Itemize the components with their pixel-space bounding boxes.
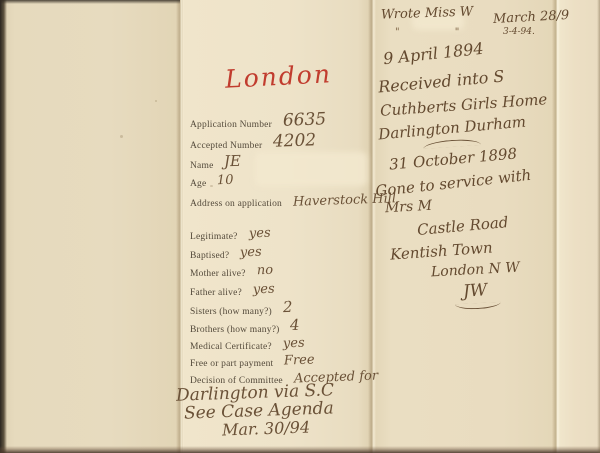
application-form-fields: Application Number 6635 Accepted Number … (190, 0, 375, 453)
field-label: Baptised? (190, 251, 229, 261)
field-value-handwritten: yes (248, 226, 270, 242)
field-value-handwritten: yes (240, 245, 262, 261)
field-value-handwritten: no (256, 263, 273, 279)
field-label: Name (190, 161, 213, 171)
paper-speck (155, 100, 157, 102)
form-row-accepted-number: Accepted Number 4202 (190, 133, 317, 153)
form-row-brothers: Brothers (how many?) 4 (190, 318, 300, 337)
field-value-handwritten: 4202 (273, 130, 317, 151)
field-label: Father alive? (190, 288, 242, 298)
note-second-date: 3-4-94. (503, 27, 535, 37)
form-row-baptised: Baptised? yes (190, 245, 262, 263)
form-row-legitimate: Legitimate? yes (190, 226, 270, 244)
field-label: Application Number (190, 120, 272, 130)
blank-left-panel (0, 0, 183, 453)
field-label: Accepted Number (190, 141, 262, 151)
form-row-medical-certificate: Medical Certificate? yes (190, 336, 305, 354)
field-label: Address on application (190, 199, 282, 209)
form-row-sisters: Sisters (how many?) 2 (190, 300, 292, 319)
field-label: Mother alive? (190, 269, 246, 279)
note-entry2-city: London N W (431, 260, 520, 281)
form-row-address: Address on application Haverstock Hill (190, 193, 396, 211)
field-value-handwritten: yes (282, 336, 304, 352)
form-row-father-alive: Father alive? yes (190, 282, 275, 300)
note-entry1-date: 9 April 1894 (382, 39, 484, 68)
form-row-name: Name JE (190, 154, 241, 173)
field-value-handwritten: 6635 (283, 109, 327, 130)
field-label: Brothers (how many?) (190, 325, 279, 335)
field-value-handwritten: 10 (217, 173, 234, 189)
decision-date-line: Mar. 30/94 (222, 417, 311, 439)
note-entry2-district: Kentish Town (389, 238, 493, 263)
field-value-handwritten: 4 (290, 316, 300, 334)
field-value-handwritten: 2 (283, 298, 293, 316)
field-value-handwritten: JE (224, 152, 242, 171)
field-label: Medical Certificate? (190, 342, 272, 352)
field-label: Sisters (how many?) (190, 307, 272, 317)
handwritten-notes: Wrote Miss W March 28/9 " " 3-4-94. 9 Ap… (375, 0, 600, 453)
form-row-application-number: Application Number 6635 (190, 112, 326, 132)
field-label: Free or part payment (190, 359, 273, 369)
note-wrote-line: Wrote Miss W (381, 4, 474, 22)
note-entry2-street: Castle Road (416, 213, 509, 239)
form-row-mother-alive: Mother alive? no (190, 263, 273, 281)
note-initials-signature: JW (462, 280, 488, 302)
paper-speck (120, 135, 123, 138)
note-ditto-marks: " " (395, 27, 485, 38)
form-row-age: Age 10 (190, 173, 234, 191)
note-entry1-received: Received into S (377, 67, 505, 97)
field-value-handwritten: yes (253, 282, 275, 298)
field-label: Legitimate? (190, 232, 238, 242)
note-wrote-date: March 28/9 (493, 8, 570, 27)
note-entry2-employer: Mrs M (385, 198, 433, 216)
field-value-handwritten: Free (284, 352, 315, 368)
scanned-application-form: London Application Number 6635 Accepted … (0, 0, 600, 453)
signature-underline-flourish (455, 302, 501, 310)
field-label: Age (190, 179, 206, 189)
form-row-payment: Free or part payment Free (190, 353, 315, 371)
